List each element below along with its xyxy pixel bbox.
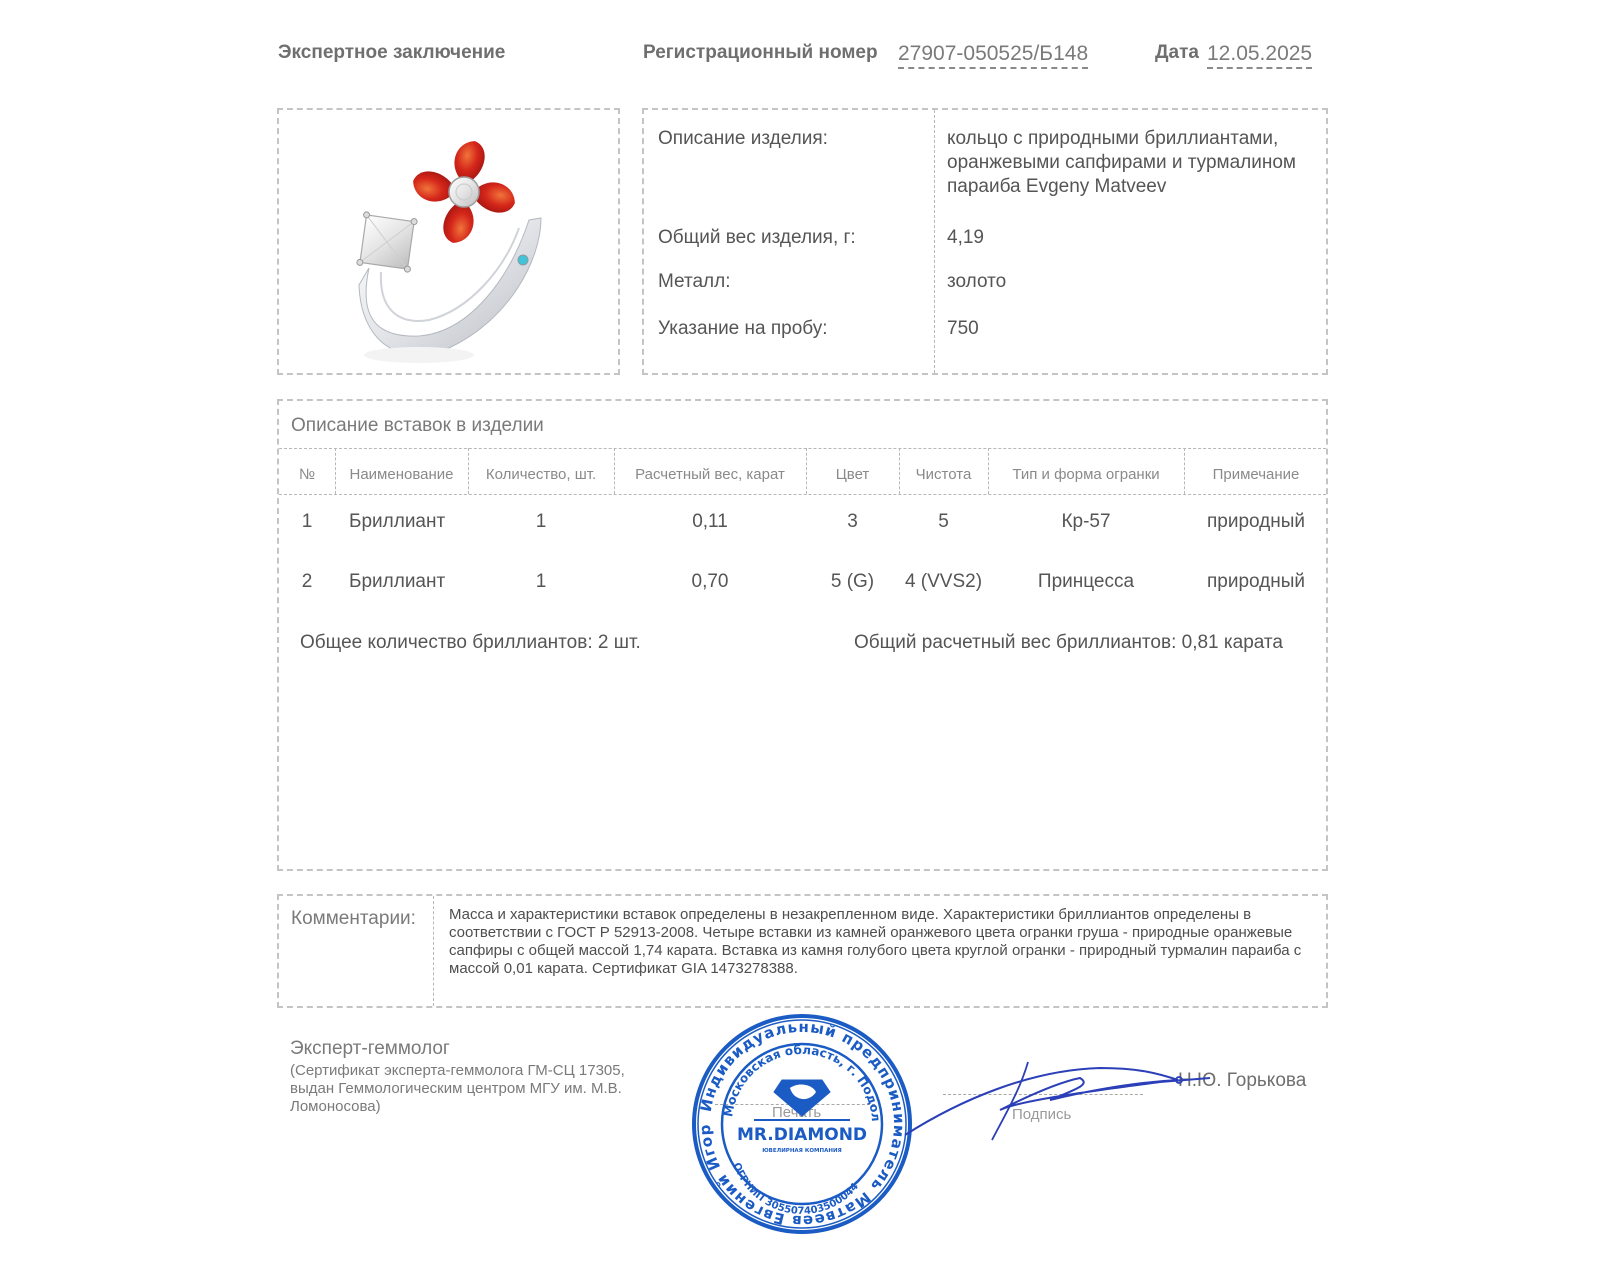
cell-cut: Принцесса [988, 571, 1184, 593]
document-title: Экспертное заключение [278, 42, 505, 64]
column-header-number: № [279, 466, 335, 483]
cell-quantity: 1 [468, 571, 614, 593]
expert-certificate: (Сертификат эксперта-геммолога ГМ-СЦ 173… [290, 1062, 670, 1116]
hallmark-label: Указание на пробу: [658, 318, 828, 340]
description-label: Описание изделия: [658, 128, 828, 150]
cell-clarity: 4 (VVS2) [899, 571, 988, 593]
cell-name: Бриллиант [349, 511, 445, 533]
product-photo [277, 108, 620, 375]
column-header-weight: Расчетный вес, карат [614, 466, 806, 483]
table-header-bottom-border [279, 494, 1326, 495]
signature-icon [900, 1060, 1230, 1150]
column-header-cut: Тип и форма огранки [988, 466, 1184, 483]
weight-label: Общий вес изделия, г: [658, 227, 856, 249]
cell-name: Бриллиант [349, 571, 445, 593]
cell-weight: 0,11 [614, 511, 806, 533]
weight-value: 4,19 [947, 226, 1327, 250]
column-header-color: Цвет [806, 466, 899, 483]
column-header-clarity: Чистота [899, 466, 988, 483]
column-divider [934, 110, 935, 373]
table-header-top-border [279, 448, 1326, 449]
inserts-title: Описание вставок в изделии [291, 415, 544, 437]
cell-number: 1 [279, 511, 335, 533]
comments-panel: Комментарии: Масса и характеристики вста… [277, 894, 1328, 1008]
column-header-name: Наименование [335, 466, 468, 483]
column-header-note: Примечание [1184, 466, 1328, 483]
total-diamond-count: Общее количество бриллиантов: 2 шт. [300, 632, 641, 654]
stamp-brand: MR.DIAMOND [737, 1125, 867, 1145]
metal-value: золото [947, 270, 1327, 294]
product-info-panel: Описание изделия: кольцо с природными бр… [642, 108, 1328, 375]
hallmark-value: 750 [947, 317, 1327, 341]
column-header-quantity: Количество, шт. [468, 466, 614, 483]
column-divider [433, 896, 434, 1006]
cell-cut: Кр-57 [988, 511, 1184, 533]
comments-text: Масса и характеристики вставок определен… [449, 906, 1329, 978]
cell-number: 2 [279, 571, 335, 593]
expert-title: Эксперт-геммолог [290, 1038, 450, 1060]
description-value: кольцо с природными бриллиантами, оранже… [947, 127, 1327, 199]
metal-label: Металл: [658, 271, 730, 293]
registration-number-value: 27907-050525/Б148 [898, 42, 1088, 69]
cell-note: природный [1184, 571, 1328, 593]
cell-note: природный [1184, 511, 1328, 533]
stamp-brand-sub: ЮВЕЛИРНАЯ КОМПАНИЯ [762, 1148, 842, 1154]
cell-color: 5 (G) [806, 571, 899, 593]
cell-clarity: 5 [899, 511, 988, 533]
comments-label: Комментарии: [291, 908, 416, 930]
inserts-panel: Описание вставок в изделии № Наименовани… [277, 399, 1328, 871]
ring-photo-icon [279, 110, 618, 373]
cell-quantity: 1 [468, 511, 614, 533]
cell-color: 3 [806, 511, 899, 533]
cell-weight: 0,70 [614, 571, 806, 593]
company-stamp-icon: Индивидуальный предприниматель Матвеев Е… [690, 1012, 914, 1236]
date-label: Дата [1155, 42, 1199, 64]
total-diamond-weight: Общий расчетный вес бриллиантов: 0,81 ка… [854, 632, 1283, 654]
registration-number-label: Регистрационный номер [643, 42, 878, 64]
date-value: 12.05.2025 [1207, 42, 1312, 69]
